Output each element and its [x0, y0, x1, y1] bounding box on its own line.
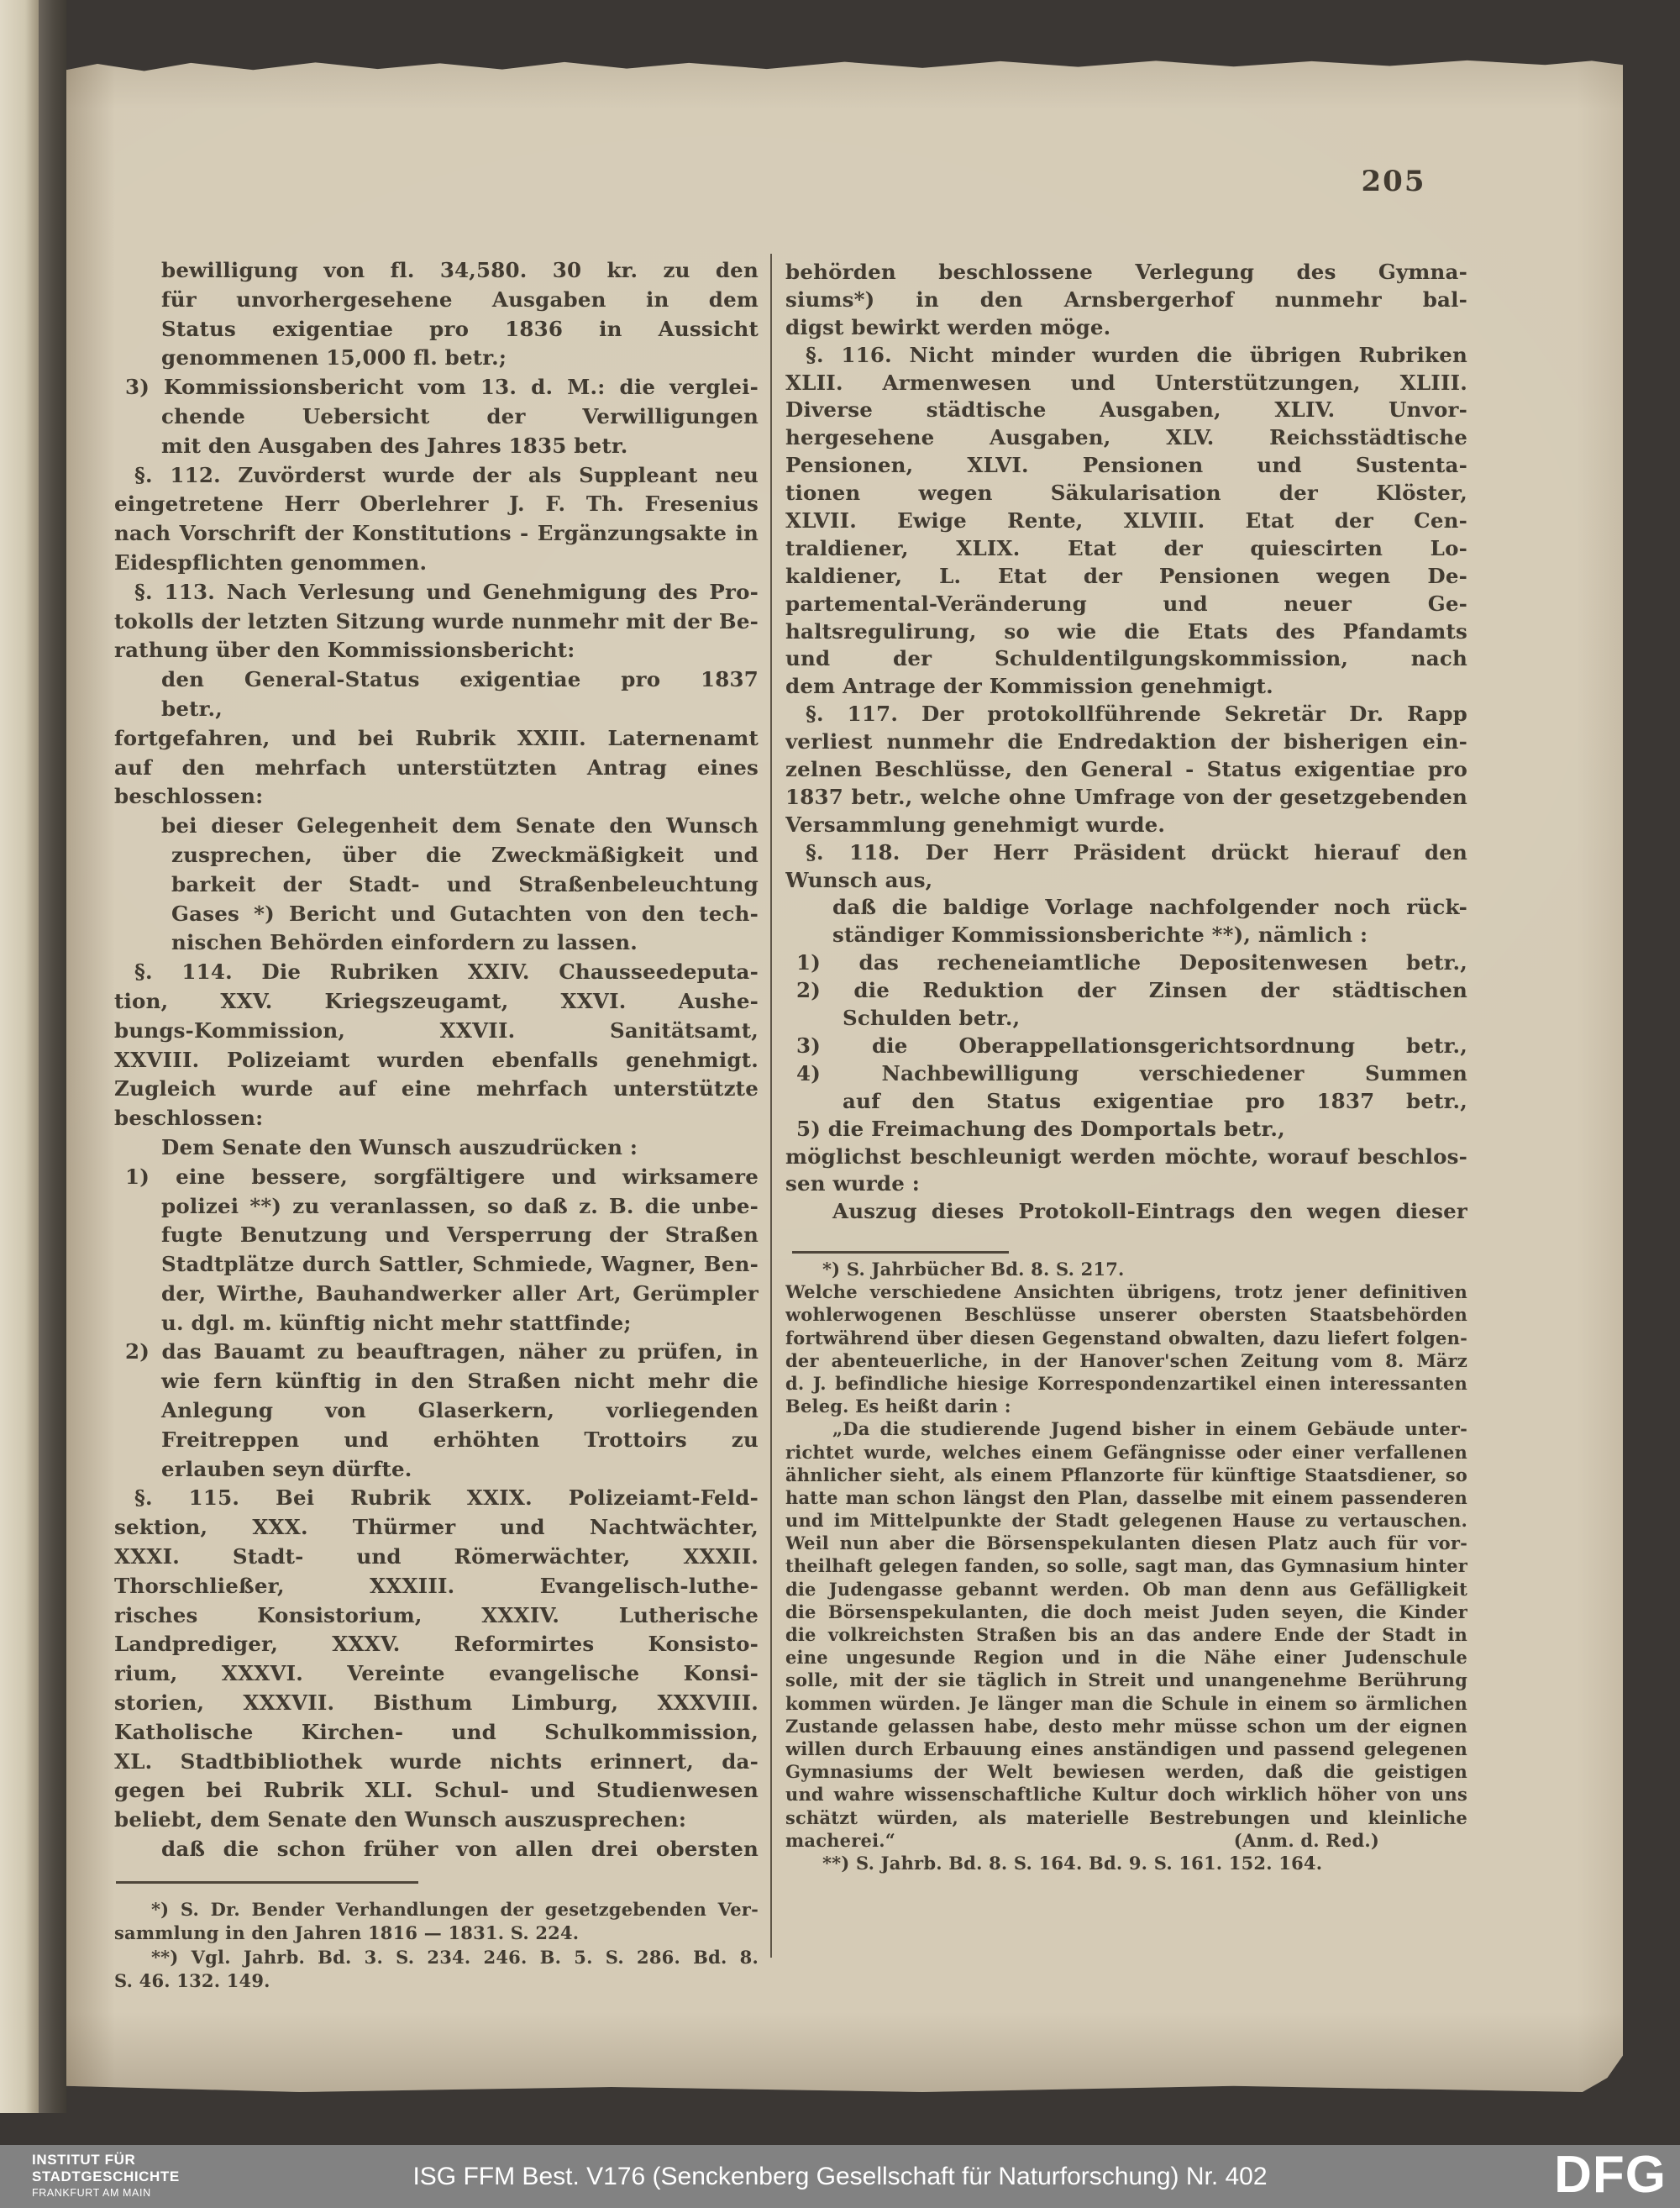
text-line: §. 114. Die Rubriken XXIV. Chausseedeput… [114, 958, 759, 987]
text-line: Pensionen, XLVI. Pensionen und Sustenta- [785, 452, 1467, 480]
binding-tape [39, 0, 66, 2113]
text-line: eingetretene Herr Oberlehrer J. F. Th. F… [114, 490, 759, 519]
text-line: partemental-Veränderung und neuer Ge- [785, 591, 1467, 618]
text-line: Status exigentiae pro 1836 in Aussicht [114, 315, 759, 344]
text-line: richtet wurde, welches einem Gefängnisse… [785, 1441, 1467, 1464]
text-line: Weil nun aber die Börsenspekulanten dies… [785, 1532, 1467, 1554]
text-line: Beleg. Es heißt darin : [785, 1395, 1467, 1417]
text-line: Welche verschiedene Ansichten übrigens, … [785, 1280, 1467, 1303]
book-page: 205 bewilligung von fl. 34,580. 30 kr. z… [66, 59, 1623, 2092]
text-line: S. 46. 132. 149. [114, 1969, 759, 1993]
text-line: 1) das recheneiamtliche Depositenwesen b… [785, 949, 1467, 977]
text-line: XXVIII. Polizeiamt wurden ebenfalls gene… [114, 1046, 759, 1075]
footer-bar: INSTITUT FÜR STADTGESCHICHTE FRANKFURT A… [0, 2145, 1680, 2208]
text-line: ständiger Kommissionsberichte **), nämli… [785, 922, 1467, 949]
text-line: Landprediger, XXXV. Reformirtes Konsisto… [114, 1630, 759, 1659]
left-column: bewilligung von fl. 34,580. 30 kr. zu de… [114, 256, 759, 1864]
text-line: solle, mit der sie täglich in Streit und… [785, 1669, 1467, 1691]
text-line: haltsregulirung, so wie die Etats des Pf… [785, 618, 1467, 646]
scanned-book-photo: 205 bewilligung von fl. 34,580. 30 kr. z… [0, 0, 1680, 2208]
text-line: eine ungesunde Region und in die Nähe ei… [785, 1646, 1467, 1669]
text-line: mit den Ausgaben des Jahres 1835 betr. [114, 432, 759, 461]
text-line: Freitreppen und erhöhten Trottoirs zu [114, 1426, 759, 1455]
editor-annotation: (Anm. d. Red.) [1234, 1829, 1379, 1852]
text-line: §. 112. Zuvörderst wurde der als Supplea… [114, 461, 759, 491]
text-line: willen durch Erbauung eines anständigen … [785, 1737, 1467, 1760]
text-line: schätzt würden, als materielle Bestrebun… [785, 1806, 1467, 1829]
text-line: bei dieser Gelegenheit dem Senate den Wu… [114, 812, 759, 841]
text-line: wohlerwogenen Beschlüsse unserer oberste… [785, 1303, 1467, 1326]
text-line: Stadtplätze durch Sattler, Schmiede, Wag… [114, 1250, 759, 1280]
text-line: tion, XXV. Kriegszeugamt, XXVI. Aushe- [114, 987, 759, 1017]
text-line: 2) das Bauamt zu beauftragen, näher zu p… [114, 1338, 759, 1367]
text-line: behörden beschlossene Verlegung des Gymn… [785, 259, 1467, 287]
text-line: gegen bei Rubrik XLI. Schul- und Studien… [114, 1776, 759, 1806]
text-line: beschlossen: [114, 782, 759, 812]
text-line: **) S. Jahrb. Bd. 8. S. 164. Bd. 9. S. 1… [785, 1852, 1467, 1874]
text-line: ähnlicher sieht, als einem Pflanzorte fü… [785, 1464, 1467, 1486]
text-line: rium, XXXVI. Vereinte evangelische Konsi… [114, 1659, 759, 1689]
text-line: XLVII. Ewige Rente, XLVIII. Etat der Cen… [785, 507, 1467, 535]
text-line: Schulden betr., [785, 1005, 1467, 1033]
text-line: polizei **) zu veranlassen, so daß z. B.… [114, 1192, 759, 1222]
text-line: zelnen Beschlüsse, den General - Status … [785, 756, 1467, 784]
text-line: Dem Senate den Wunsch auszudrücken : [114, 1133, 759, 1163]
text-line: XLII. Armenwesen und Unterstützungen, XL… [785, 370, 1467, 397]
text-line: 5) die Freimachung des Domportals betr., [785, 1116, 1467, 1143]
text-line: genommenen 15,000 fl. betr.; [114, 344, 759, 373]
left-column-footnotes: *) S. Dr. Bender Verhandlungen der geset… [114, 1898, 759, 1994]
text-line: möglichst beschleunigt werden möchte, wo… [785, 1143, 1467, 1171]
footnote-rule-left [116, 1881, 418, 1884]
text-line: §. 118. Der Herr Präsident drückt hierau… [785, 839, 1467, 867]
text-line: der abenteuerliche, in der Hanover'schen… [785, 1349, 1467, 1372]
text-line: barkeit der Stadt- und Straßenbeleuchtun… [114, 870, 759, 900]
archive-caption: ISG FFM Best. V176 (Senckenberg Gesellsc… [0, 2145, 1680, 2208]
text-line: nach Vorschrift der Konstitutions - Ergä… [114, 519, 759, 549]
right-column: behörden beschlossene Verlegung des Gymn… [785, 259, 1467, 1226]
text-line: auf den mehrfach unterstützten Antrag ei… [114, 754, 759, 783]
text-line: storien, XXXVII. Bisthum Limburg, XXXVII… [114, 1689, 759, 1718]
text-line: der, Wirthe, Bauhandwerker aller Art, Ge… [114, 1280, 759, 1309]
text-line: Thorschließer, XXXIII. Evangelisch-luthe… [114, 1572, 759, 1601]
text-line: hatte man schon längst den Plan, dasselb… [785, 1486, 1467, 1509]
text-line: **) Vgl. Jahrb. Bd. 3. S. 234. 246. B. 5… [114, 1946, 759, 1969]
text-line: 3) Kommissionsbericht vom 13. d. M.: die… [114, 373, 759, 402]
text-line: Zugleich wurde auf eine mehrfach unterst… [114, 1075, 759, 1104]
text-line: tionen wegen Säkularisation der Klöster, [785, 480, 1467, 507]
text-line: zusprechen, über die Zweckmäßigkeit und … [114, 841, 759, 870]
text-line: *) S. Dr. Bender Verhandlungen der geset… [114, 1898, 759, 1921]
text-line: siums*) in den Arnsbergerhof nunmehr bal… [785, 287, 1467, 314]
text-line: §. 115. Bei Rubrik XXIX. Polizeiamt-Feld… [114, 1484, 759, 1513]
text-line: Anlegung von Glaserkern, vorliegenden [114, 1396, 759, 1426]
footnote-rule-right [792, 1251, 1009, 1254]
text-line: bungs-Kommission, XXVII. Sanitätsamt, [114, 1017, 759, 1046]
text-line: macherei.“ [785, 1829, 895, 1852]
text-line: 3) die Oberappellationsgerichtsordnung b… [785, 1033, 1467, 1060]
text-line: Diverse städtische Ausgaben, XLIV. Unvor… [785, 397, 1467, 424]
text-line: Zustande gelassen habe, desto mehr müsse… [785, 1715, 1467, 1737]
right-column-footnotes: *) S. Jahrbücher Bd. 8. S. 217.Welche ve… [785, 1258, 1467, 1874]
text-line: die Börsenspekulanten, die doch meist Ju… [785, 1601, 1467, 1623]
text-line: Eidespflichten genommen. [114, 549, 759, 578]
text-line: u. dgl. m. künftig nicht mehr stattfinde… [114, 1309, 759, 1338]
page-number: 205 [1326, 165, 1461, 198]
text-line: bewilligung von fl. 34,580. 30 kr. zu de… [114, 256, 759, 286]
text-line: digst bewirkt werden möge. [785, 314, 1467, 342]
text-line: Gymnasiums der Welt bewiesen werden, daß… [785, 1760, 1467, 1783]
text-line: fortwährend über diesen Gegenstand obwal… [785, 1327, 1467, 1349]
text-line: §. 117. Der protokollführende Sekretär D… [785, 701, 1467, 728]
text-line: 2) die Reduktion der Zinsen der städtisc… [785, 977, 1467, 1005]
text-line: sen wurde : [785, 1170, 1467, 1198]
text-line: theilhaft gelegen fanden, so solle, sagt… [785, 1554, 1467, 1577]
text-line: Wunsch aus, [785, 867, 1467, 895]
text-line: und im Mittelpunkte der Stadt gelegenen … [785, 1509, 1467, 1532]
text-line: d. J. befindliche hiesige Korrespondenza… [785, 1372, 1467, 1395]
text-line: §. 116. Nicht minder wurden die übrigen … [785, 342, 1467, 370]
text-line: beliebt, dem Senate den Wunsch auszuspre… [114, 1806, 759, 1835]
text-line: chende Uebersicht der Verwilligungen [114, 402, 759, 432]
text-line: rathung über den Kommissionsbericht: [114, 636, 759, 665]
text-line: Katholische Kirchen- und Schulkommission… [114, 1718, 759, 1748]
text-line: nischen Behörden einfordern zu lassen. [114, 928, 759, 958]
text-line: kommen würden. Je länger man die Schule … [785, 1692, 1467, 1715]
text-line: den General-Status exigentiae pro 1837 [114, 665, 759, 695]
text-line: wie fern künftig in den Straßen nicht me… [114, 1367, 759, 1396]
text-line: daß die baldige Vorlage nachfolgender no… [785, 894, 1467, 922]
column-divider-rule [770, 254, 772, 1958]
text-line: Gases *) Bericht und Gutachten von den t… [114, 900, 759, 929]
text-line: XL. Stadtbibliothek wurde nichts erinner… [114, 1748, 759, 1777]
text-line: beschlossen: [114, 1104, 759, 1133]
text-line: dem Antrage der Kommission genehmigt. [785, 673, 1467, 701]
text-line: fortgefahren, und bei Rubrik XXIII. Late… [114, 724, 759, 754]
text-line: die Judengasse gebannt werden. Ob man de… [785, 1578, 1467, 1601]
text-line: sektion, XXX. Thürmer und Nachtwächter, [114, 1513, 759, 1543]
text-line: fugte Benutzung und Versperrung der Stra… [114, 1221, 759, 1250]
text-line: daß die schon früher von allen drei ober… [114, 1835, 759, 1864]
text-line: macherei.“(Anm. d. Red.) [785, 1829, 1467, 1852]
text-line: risches Konsistorium, XXXIV. Lutherische [114, 1601, 759, 1631]
text-line: 1) eine bessere, sorgfältigere und wirks… [114, 1163, 759, 1192]
text-line: XXXI. Stadt- und Römerwächter, XXXII. [114, 1543, 759, 1572]
text-line: sammlung in den Jahren 1816 — 1831. S. 2… [114, 1921, 759, 1945]
text-line: 1837 betr., welche ohne Umfrage von der … [785, 784, 1467, 812]
text-line: die volkreichsten Straßen bis an das and… [785, 1623, 1467, 1646]
text-line: hergesehene Ausgaben, XLV. Reichsstädtis… [785, 424, 1467, 452]
text-line: *) S. Jahrbücher Bd. 8. S. 217. [785, 1258, 1467, 1280]
text-line: und der Schuldentilgungskommission, nach [785, 645, 1467, 673]
dfg-logo: DFG [1554, 2145, 1667, 2208]
text-line: „Da die studierende Jugend bisher in ein… [785, 1417, 1467, 1440]
text-line: §. 113. Nach Verlesung und Genehmigung d… [114, 578, 759, 607]
text-line: betr., [114, 695, 759, 724]
text-line: verliest nunmehr die Endredaktion der bi… [785, 728, 1467, 756]
text-line: und wahre wissenschaftliche Kultur doch … [785, 1783, 1467, 1806]
text-line: traldiener, XLIX. Etat der quiescirten L… [785, 535, 1467, 563]
text-line: Versammlung genehmigt wurde. [785, 812, 1467, 839]
text-line: kaldiener, L. Etat der Pensionen wegen D… [785, 563, 1467, 591]
text-line: auf den Status exigentiae pro 1837 betr.… [785, 1088, 1467, 1116]
text-line: 4) Nachbewilligung verschiedener Summen [785, 1060, 1467, 1088]
text-line: Auszug dieses Protokoll-Eintrags den weg… [785, 1198, 1467, 1226]
text-line: tokolls der letzten Sitzung wurde nunmeh… [114, 607, 759, 637]
previous-page-edge [0, 0, 39, 2113]
text-line: erlauben seyn dürfte. [114, 1455, 759, 1485]
text-line: für unvorhergesehene Ausgaben in dem [114, 286, 759, 315]
